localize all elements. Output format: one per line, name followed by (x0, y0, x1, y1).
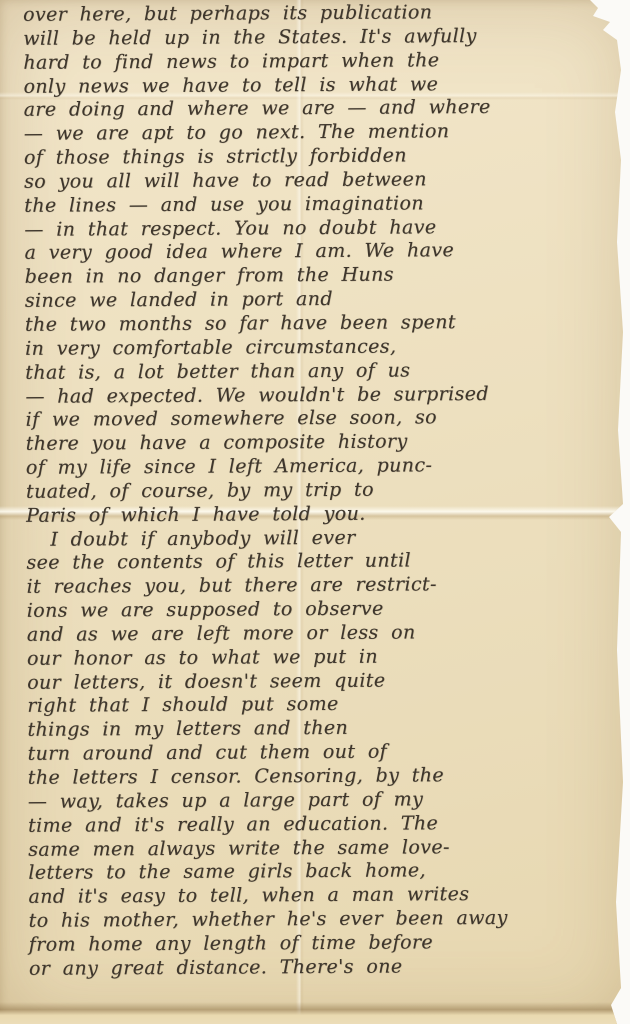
letter-line: since we landed in port and (25, 286, 615, 313)
letter-line: turn around and cut them out of (28, 739, 618, 766)
scanned-letter-page: over here, but perhaps its publicationwi… (0, 0, 630, 1024)
letter-line: it reaches you, but there are restrict- (27, 572, 617, 599)
letter-line: — we are apt to go next. The mention (24, 119, 614, 146)
letter-line: our letters, it doesn't seem quite (27, 668, 617, 695)
letter-line: the letters I censor. Censoring, by the (28, 763, 618, 790)
letter-line: time and it's really an education. The (28, 811, 618, 838)
letter-line: letters to the same girls back home, (28, 859, 618, 886)
letter-line: hard to find news to impart when the (23, 48, 613, 75)
letter-line: of those things is strictly forbidden (24, 143, 614, 170)
paper-sheet: over here, but perhaps its publicationwi… (0, 0, 630, 1024)
letter-line: I doubt if anybody will ever (26, 525, 616, 552)
letter-line: or any great distance. There's one (29, 954, 619, 981)
letter-line: tuated, of course, by my trip to (26, 477, 616, 504)
bottom-fold-edge (0, 1002, 630, 1024)
letter-line: are doing and where we are — and where (24, 96, 614, 123)
letter-line: over here, but perhaps its publication (23, 0, 613, 27)
letter-line: the lines — and use you imagination (24, 191, 614, 218)
letter-line: from home any length of time before (29, 930, 619, 957)
letter-line: in very comfortable circumstances, (25, 334, 615, 361)
letter-line: of my life since I left America, punc- (26, 453, 616, 480)
letter-line: same men always write the same love- (28, 835, 618, 862)
letter-line: things in my letters and then (27, 716, 617, 743)
letter-line: that is, a lot better than any of us (25, 358, 615, 385)
letter-line: see the contents of this letter until (26, 549, 616, 576)
letter-line: a very good idea where I am. We have (24, 239, 614, 266)
letter-line: the two months so far have been spent (25, 310, 615, 337)
letter-line: and as we are left more or less on (27, 620, 617, 647)
letter-line: — way, takes up a large part of my (28, 787, 618, 814)
letter-text: over here, but perhaps its publicationwi… (23, 0, 619, 981)
letter-line: only news we have to tell is what we (23, 72, 613, 99)
letter-line: ions we are supposed to observe (27, 596, 617, 623)
letter-line: right that I should put some (27, 692, 617, 719)
letter-line: will be held up in the States. It's awfu… (23, 24, 613, 51)
letter-line: and it's easy to tell, when a man writes (28, 882, 618, 909)
letter-line: if we moved somewhere else soon, so (25, 406, 615, 433)
letter-line: — in that respect. You no doubt have (24, 215, 614, 242)
letter-line: our honor as to what we put in (27, 644, 617, 671)
letter-line: to his mother, whether he's ever been aw… (29, 906, 619, 933)
letter-line: Paris of which I have told you. (26, 501, 616, 528)
letter-line: — had expected. We wouldn't be surprised (25, 382, 615, 409)
letter-line: so you all will have to read between (24, 167, 614, 194)
letter-line: there you have a composite history (26, 429, 616, 456)
letter-line: been in no danger from the Huns (25, 262, 615, 289)
